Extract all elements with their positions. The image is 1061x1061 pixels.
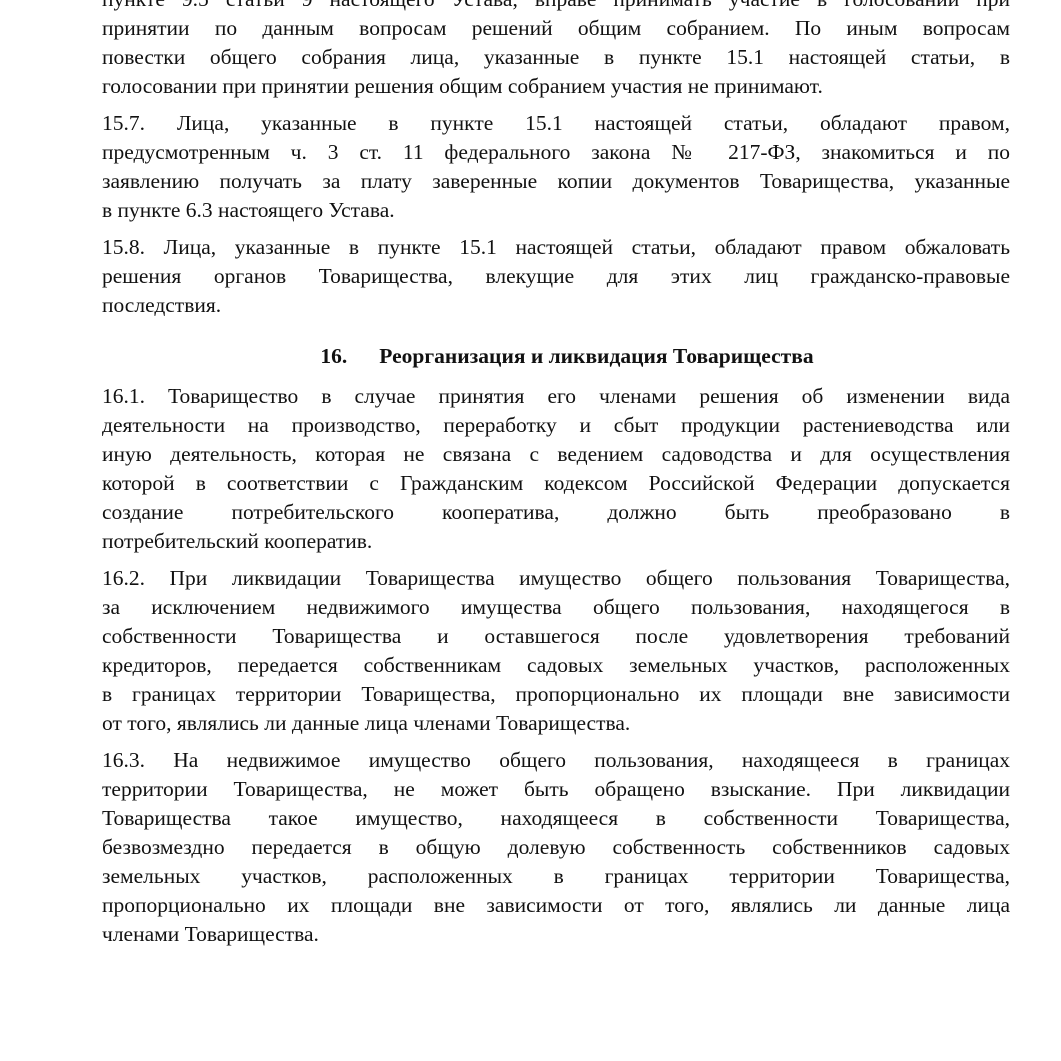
text-line: потребительский кооператив. [102,527,1010,556]
text-line: кредиторов, передается собственникам сад… [102,651,1010,680]
paragraph-16-2: 16.2. При ликвидации Товарищества имущес… [102,564,1010,738]
text-line: в пункте 6.3 настоящего Устава. [102,196,1010,225]
paragraph-15-8: 15.8. Лица, указанные в пункте 15.1 наст… [102,233,1010,320]
text-line: деятельности на производство, переработк… [102,411,1010,440]
text-line: 15.8. Лица, указанные в пункте 15.1 наст… [102,233,1010,262]
text-line: Товарищества такое имущество, находящеес… [102,804,1010,833]
text-line: повестки общего собрания лица, указанные… [102,43,1010,72]
text-line: 16.3. На недвижимое имущество общего пол… [102,746,1010,775]
text-line: голосовании при принятии решения общим с… [102,72,1010,101]
paragraph-16-3: 16.3. На недвижимое имущество общего пол… [102,746,1010,949]
text-line: безвозмездно передается в общую долевую … [102,833,1010,862]
section-heading-16: 16.Реорганизация и ликвидация Товарищест… [102,342,1010,371]
text-line: пропорционально их площади вне зависимос… [102,891,1010,920]
text-line: за исключением недвижимого имущества общ… [102,593,1010,622]
text-line: принятии по данным вопросам решений общи… [102,14,1010,43]
text-line: 16.2. При ликвидации Товарищества имущес… [102,564,1010,593]
text-line: пункте 9.5 статьи 9 настоящего Устава, в… [102,0,1010,14]
text-line: последствия. [102,291,1010,320]
text-line: собственности Товарищества и оставшегося… [102,622,1010,651]
text-line: решения органов Товарищества, влекущие д… [102,262,1010,291]
text-line: территории Товарищества, не может быть о… [102,775,1010,804]
text-line: предусмотренным ч. 3 ст. 11 федерального… [102,138,1010,167]
text-line: земельных участков, расположенных в гран… [102,862,1010,891]
text-line: заявлению получать за плату заверенные к… [102,167,1010,196]
section-title: Реорганизация и ликвидация Товарищества [379,344,813,368]
paragraph-15-7: 15.7. Лица, указанные в пункте 15.1 наст… [102,109,1010,225]
text-line: от того, являлись ли данные лица членами… [102,709,1010,738]
text-line: в границах территории Товарищества, проп… [102,680,1010,709]
text-line: которой в соответствии с Гражданским код… [102,469,1010,498]
text-line: иную деятельность, которая не связана с … [102,440,1010,469]
text-line: 16.1. Товарищество в случае принятия его… [102,382,1010,411]
paragraph-16-1: 16.1. Товарищество в случае принятия его… [102,382,1010,556]
text-line: 15.7. Лица, указанные в пункте 15.1 наст… [102,109,1010,138]
text-line: создание потребительского кооператива, д… [102,498,1010,527]
section-number: 16. [320,342,347,371]
paragraph-15-6-continued: пункте 9.5 статьи 9 настоящего Устава, в… [102,0,1010,101]
text-line: членами Товарищества. [102,920,1010,949]
document-page: пункте 9.5 статьи 9 настоящего Устава, в… [102,0,1010,957]
